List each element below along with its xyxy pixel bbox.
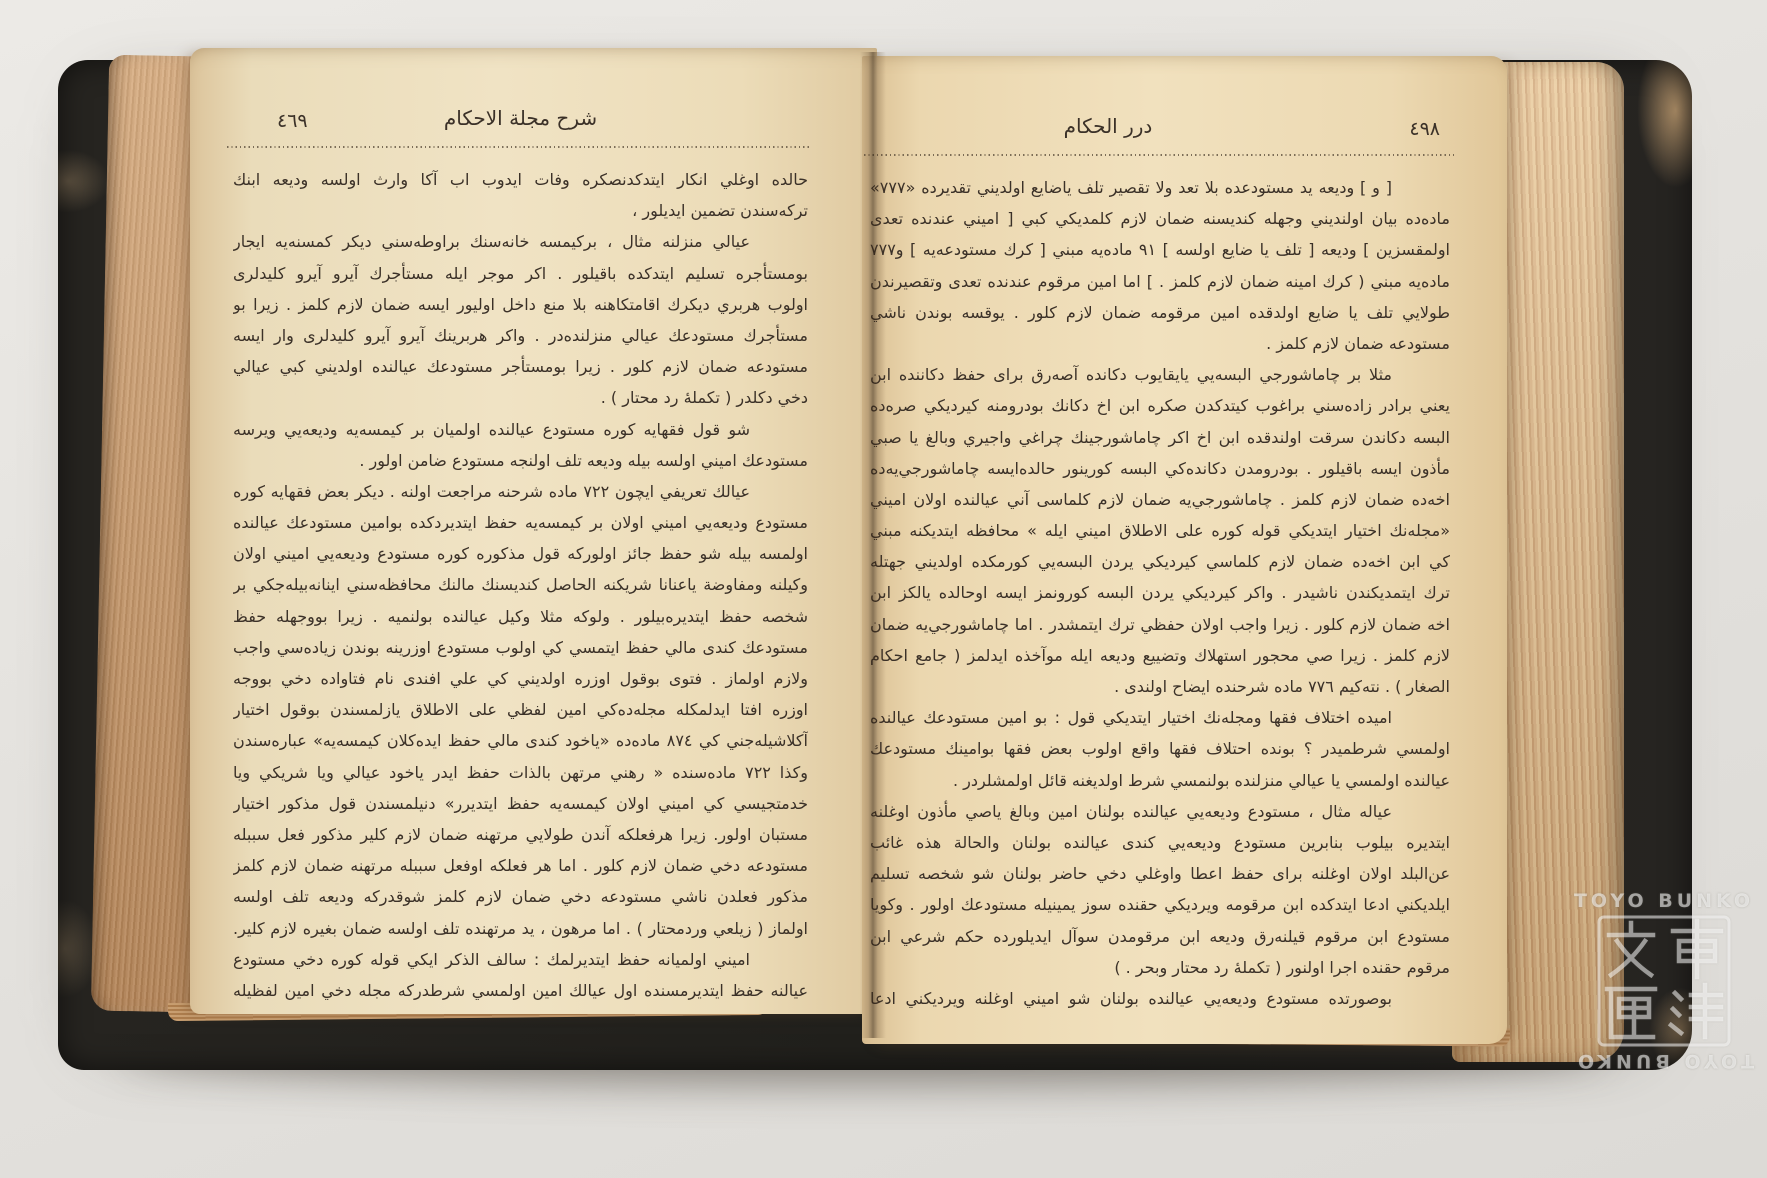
- right-page-number: ٤٩٨: [1409, 118, 1440, 140]
- text-line: مستودعه دخي ضمان لازم كلور . اما هر فعلك…: [233, 850, 808, 881]
- right-page: درر الحكام ٤٩٨ [ و ] وديعه يد مستودعده ب…: [862, 56, 1507, 1044]
- text-line: اولوب هربري ديكرك اقامتكاهنه بلا منع داخ…: [233, 289, 808, 320]
- text-line: اولمسي شرطميدر ؟ بونده احتلاف فقها واقع …: [870, 733, 1450, 764]
- right-page-content: درر الحكام ٤٩٨ [ و ] وديعه يد مستودعده ب…: [870, 56, 1450, 1044]
- photo-scene: ٤٦٩ شرح مجلة الاحكام حالده اوغلي انكار ا…: [0, 0, 1767, 1178]
- text-line: ماده‌ده بيان اولنديني وجهله كنديسنه ضمان…: [870, 203, 1450, 234]
- left-page-text: حالده اوغلي انكار ايتدكدنصكره وفات ايدوب…: [233, 164, 808, 1006]
- book-gutter: [860, 52, 886, 1038]
- text-line: بوصورتده مستودع وديعه‌يي عيالنده بولنان …: [870, 983, 1450, 1014]
- left-page-title: شرح مجلة الاحكام: [233, 106, 808, 130]
- text-line: مأذون ايسه باقيلور . بودرومدن دكانده‌كي …: [870, 453, 1450, 484]
- right-page-title: درر الحكام: [818, 114, 1398, 138]
- left-page: ٤٦٩ شرح مجلة الاحكام حالده اوغلي انكار ا…: [190, 48, 877, 1014]
- left-page-header: ٤٦٩ شرح مجلة الاحكام: [233, 48, 808, 148]
- text-line: دخي دكلدر ( تكملهٔ رد محتار ) .: [233, 382, 808, 413]
- text-line: مستودع ابن مرقوم قيلنه‌رق وديعه ابن مرقو…: [870, 921, 1450, 952]
- text-line: بومستأجره تسليم ايتدكده باقيلور . اكر مو…: [233, 258, 808, 289]
- left-page-content: ٤٦٩ شرح مجلة الاحكام حالده اوغلي انكار ا…: [233, 48, 808, 1014]
- text-line: مستأجرك مستودعك عيالي منزلنده‌در . واكر …: [233, 320, 808, 351]
- text-line: عيالنه حفظ ايتديرمسنده اول عيالك امين او…: [233, 975, 808, 1006]
- text-line: حالده اوغلي انكار ايتدكدنصكره وفات ايدوب…: [233, 164, 808, 195]
- text-line: اولمسه بيله شو حفظ جائز اولوركه قول مذكو…: [233, 538, 808, 569]
- text-line: [ و ] وديعه يد مستودعده بلا تعد ولا تقصي…: [870, 172, 1450, 203]
- text-line: مستودعك كندى مالي حفظ ايتمسي كي اولوب مس…: [233, 632, 808, 663]
- right-page-text: [ و ] وديعه يد مستودعده بلا تعد ولا تقصي…: [870, 172, 1450, 1014]
- text-line: اميده اختلاف فقها ومجله‌نك اختيار ايتديك…: [870, 702, 1450, 733]
- text-line: اولمقسزين ] وديعه [ تلف يا ضايع اولسه ] …: [870, 234, 1450, 265]
- text-line: عياله مثال ، مستودع وديعه‌يي عيالنده بول…: [870, 796, 1450, 827]
- text-line: ماده‌يه مبني ( كرك امينه ضمان لازم كلمز …: [870, 266, 1450, 297]
- text-line: لازم كلمز . زيرا صي محجور استهلاك وتضييع…: [870, 640, 1450, 671]
- text-line: الصغار ) . نته‌كيم ٧٧٦ ماده شرحنده ايضاح…: [870, 671, 1450, 702]
- text-line: مستودعه ضمان لازم كلمز .: [870, 328, 1450, 359]
- text-line: اخه ضمان لازم كلور . زيرا واجب اولان حفظ…: [870, 609, 1450, 640]
- header-rule-right: [864, 154, 1454, 156]
- text-line: وكذا ٧٢٢ ماده‌سنده « رهني مرتهن بالذات ح…: [233, 757, 808, 788]
- text-line: مستودعه ضمان لازم كلور . زيرا بومستأجر م…: [233, 351, 808, 382]
- text-line: يعني برادر زاده‌سني براغوب كيتدكدن صكره …: [870, 390, 1450, 421]
- text-line: عيالي منزلنه مثال ، بركيمسه خانه‌سنك برا…: [233, 226, 808, 257]
- text-line: «مجله‌نك اختيار ايتديكي قوله كوره على ال…: [870, 515, 1450, 546]
- text-line: اولماز ( زيلعي وردمحتار ) . اما مرهون ، …: [233, 913, 808, 944]
- text-line: شو قول فقهايه كوره مستودع عيالنده اولميا…: [233, 414, 808, 445]
- right-page-header: درر الحكام ٤٩٨: [870, 56, 1450, 156]
- text-line: كي ابن اخه‌ده ضمان لازم كلماسي كيرديكي ي…: [870, 546, 1450, 577]
- text-line: مستودعك اميني اولسه بيله وديعه تلف اولنج…: [233, 445, 808, 476]
- text-line: عيالك تعريفي ايچون ٧٢٢ ماده شرحنه مراجعت…: [233, 476, 808, 507]
- text-line: مستودع وديعه‌يي اميني اولان بر كيمسه‌يه …: [233, 507, 808, 538]
- text-line: البسه دكاندن سرقت اولندقده ابن اخ اكر چا…: [870, 422, 1450, 453]
- text-line: مذكور فعلدن ناشي مستودعه دخي ضمان لازم ك…: [233, 881, 808, 912]
- text-line: آكلاشيله‌جني كي ٨٧٤ ماده‌ده «ياخود كندى …: [233, 725, 808, 756]
- text-line: عيالنده اولمسي يا عيالي منزلنده بولنمسي …: [870, 765, 1450, 796]
- text-line: وكيلنه ومفاوضة ياعنانا شريكنه الحاصل كند…: [233, 569, 808, 600]
- text-line: ايتديره بيلوب بنابرين مستودع وديعه‌يي كن…: [870, 827, 1450, 858]
- text-line: تركه‌سندن تضمين ايديلور ،: [233, 195, 808, 226]
- text-line: اوزره افتا ايدلمكله مجله‌ده‌كي امين لفظي…: [233, 694, 808, 725]
- text-line: عن‌البلد اولان اوغلنه براى حفظ اعطا واوغ…: [870, 858, 1450, 889]
- text-line: مثلا بر چاماشورجي البسه‌يي يايقايوب دكان…: [870, 359, 1450, 390]
- text-line: اميني اولميانه حفظ ايتديرلمك : سالف الذك…: [233, 944, 808, 975]
- text-line: ولازم اولماز . فتوى بوقول اوزره اولديني …: [233, 663, 808, 694]
- header-rule-left: [227, 146, 812, 148]
- text-line: خدمتجيسي كي اميني اولان كيمسه‌يه حفظ ايت…: [233, 788, 808, 819]
- text-line: شخصه حفظ ايتديره‌بيلور . ولوكه مثلا وكيل…: [233, 601, 808, 632]
- text-line: مستبان اولور. زيرا هرفعلكه آندن طولايي م…: [233, 819, 808, 850]
- text-line: اخه‌ده ضمان لازم كلمز . چاماشورجي‌يه ضما…: [870, 484, 1450, 515]
- text-line: طولايي تلف يا ضايع اولدقده امين مرقومه ض…: [870, 297, 1450, 328]
- text-line: ترك ايتمديكندن ناشيدر . واكر كيرديكي يرد…: [870, 577, 1450, 608]
- text-line: مرقوم حقنده اجرا اولنور ( تكملهٔ رد محتا…: [870, 952, 1450, 983]
- text-line: ايلديكني ادعا ايتدكده ابن مرقومه ويرديكي…: [870, 889, 1450, 920]
